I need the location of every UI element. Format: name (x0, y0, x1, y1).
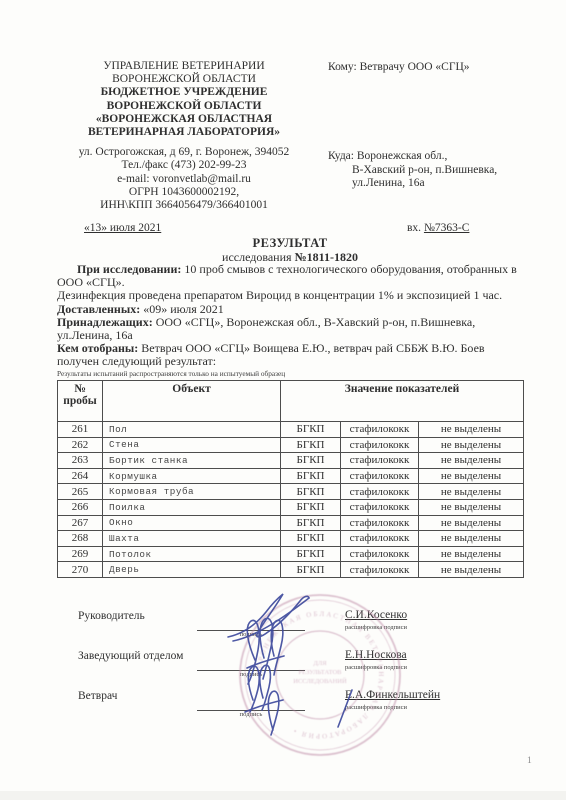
table-row: 270 Дверь БГКП стафилококк не выделены (58, 562, 524, 578)
signature-caption: подпись (197, 631, 305, 638)
org-contact-block: ул. Острогожская, д 69, г. Воронеж, 3940… (58, 146, 310, 212)
object-cell: Кормовая труба (103, 484, 281, 500)
signature-row: Ветврач подпись Е.А.Финкельштейн расшифр… (78, 685, 528, 725)
body-text: При исследовании: 10 проб смывов с техно… (57, 263, 526, 369)
paragraph-study: При исследовании: 10 проб смывов с техно… (57, 263, 526, 289)
header-object: Объект (103, 381, 281, 422)
object-cell: Бортик станка (103, 453, 281, 469)
signature-name: С.И.Косенко (345, 609, 407, 621)
signature-line (197, 605, 305, 631)
signature-decode-caption: расшифровка подписи (345, 704, 407, 711)
table-header-row: № пробы Объект Значение показателей (58, 381, 524, 422)
incoming-value: №7363-С (424, 222, 469, 234)
value-cell: стафилококк (341, 468, 419, 484)
object-cell: Шахта (103, 531, 281, 547)
addressee-where: Куда: Воронежская обл., В-Хавский р-он, … (328, 150, 497, 191)
table-row: 268 Шахта БГКП стафилококк не выделены (58, 531, 524, 547)
org-name-line-bold: ВОРОНЕЖСКОЙ ОБЛАСТИ (58, 100, 310, 113)
table-row: 264 Кормушка БГКП стафилококк не выделен… (58, 468, 524, 484)
paragraph-label: Доставленных: (57, 302, 140, 316)
value-cell: БГКП (281, 422, 341, 438)
incoming-number: вх. №7363-С (407, 222, 469, 234)
table-row: 265 Кормовая труба БГКП стафилококк не в… (58, 484, 524, 500)
org-header-block: УПРАВЛЕНИЕ ВЕТЕРИНАРИИ ВОРОНЕЖСКОЙ ОБЛАС… (58, 60, 310, 212)
value-cell: стафилококк (341, 515, 419, 531)
results-disclaimer: Результаты испытаний распространяются то… (57, 369, 285, 378)
title-block: РЕЗУЛЬТАТ исследования №1811-1820 (57, 236, 523, 264)
object-cell: Потолок (103, 546, 281, 562)
value-cell: стафилококк (341, 484, 419, 500)
addressee-to: Кому: Ветврачу ООО «СГЦ» (328, 61, 470, 73)
signature-row: Руководитель подпись С.И.Косенко расшифр… (78, 605, 528, 645)
sample-number-cell: 263 (58, 453, 103, 469)
value-cell: не выделены (419, 515, 524, 531)
sample-number-cell: 262 (58, 437, 103, 453)
object-cell: Окно (103, 515, 281, 531)
sample-number-cell: 268 (58, 531, 103, 547)
table-row: 262 Стена БГКП стафилококк не выделены (58, 437, 524, 453)
value-cell: БГКП (281, 562, 341, 578)
results-table: № пробы Объект Значение показателей 261 … (57, 380, 524, 578)
table-row: 267 Окно БГКП стафилококк не выделены (58, 515, 524, 531)
header-indicator-values: Значение показателей (281, 381, 524, 422)
sample-number-cell: 269 (58, 546, 103, 562)
signature-area: Руководитель подпись С.И.Косенко расшифр… (78, 605, 528, 725)
paragraph-label: Кем отобраны: (57, 341, 138, 355)
document-date: «13» июля 2021 (84, 222, 161, 234)
value-cell: стафилококк (341, 453, 419, 469)
where-line: Куда: Воронежская обл., (328, 150, 497, 164)
org-ogrn: ОГРН 1043600002192, (58, 186, 310, 199)
object-cell: Стена (103, 437, 281, 453)
header-sample-number: № пробы (58, 381, 103, 422)
paragraph-label: Принадлежащих: (57, 315, 153, 329)
sample-number-cell: 261 (58, 422, 103, 438)
value-cell: не выделены (419, 484, 524, 500)
table-row: 261 Пол БГКП стафилококк не выделены (58, 422, 524, 438)
org-address: ул. Острогожская, д 69, г. Воронеж, 3940… (58, 146, 310, 159)
table-row: 266 Поилка БГКП стафилококк не выделены (58, 499, 524, 515)
signature-line (197, 685, 305, 711)
signature-role: Заведующий отделом (78, 650, 183, 662)
table-row: 263 Бортик станка БГКП стафилококк не вы… (58, 453, 524, 469)
value-cell: не выделены (419, 468, 524, 484)
signature-decode-caption: расшифровка подписи (345, 624, 407, 631)
value-cell: БГКП (281, 546, 341, 562)
org-inn-kpp: ИНН\КПП 3664056479/366401001 (58, 199, 310, 212)
value-cell: не выделены (419, 546, 524, 562)
paragraph-label: При исследовании: (77, 262, 181, 276)
value-cell: БГКП (281, 453, 341, 469)
page-edge-shadow (0, 791, 566, 800)
sample-number-cell: 265 (58, 484, 103, 500)
org-name-line-bold: ВЕТЕРИНАРНАЯ ЛАБОРАТОРИЯ» (58, 126, 310, 139)
page-title: РЕЗУЛЬТАТ (57, 236, 523, 250)
page-number: 1 (527, 756, 532, 766)
results-table-body: 261 Пол БГКП стафилококк не выделены 262… (58, 422, 524, 578)
value-cell: не выделены (419, 453, 524, 469)
signature-role: Ветврач (78, 690, 117, 702)
value-cell: не выделены (419, 437, 524, 453)
object-cell: Кормушка (103, 468, 281, 484)
value-cell: БГКП (281, 468, 341, 484)
org-name-line: ВОРОНЕЖСКОЙ ОБЛАСТИ (58, 73, 310, 86)
value-cell: стафилококк (341, 499, 419, 515)
org-phone: Тел./факс (473) 202-99-23 (58, 159, 310, 172)
value-cell: БГКП (281, 484, 341, 500)
org-email: e-mail: voronvetlab@mail.ru (58, 173, 310, 186)
value-cell: не выделены (419, 422, 524, 438)
signature-line (197, 645, 305, 671)
org-name-line-bold: БЮДЖЕТНОЕ УЧРЕЖДЕНИЕ (58, 86, 310, 99)
value-cell: не выделены (419, 562, 524, 578)
where-line: ул.Ленина, 16а (328, 177, 497, 191)
table-row: 269 Потолок БГКП стафилококк не выделены (58, 546, 524, 562)
paragraph-text: «09» июля 2021 (140, 302, 224, 316)
signature-name: Е.А.Финкельштейн (345, 689, 440, 701)
sample-number-cell: 270 (58, 562, 103, 578)
paragraph-sampled-by: Кем отобраны: Ветврач ООО «СГЦ» Воищева … (57, 342, 526, 368)
signature-decode-caption: расшифровка подписи (345, 664, 407, 671)
signature-row: Заведующий отделом подпись Е.Н.Носкова р… (78, 645, 528, 685)
value-cell: стафилококк (341, 562, 419, 578)
object-cell: Пол (103, 422, 281, 438)
org-name-line-bold: «ВОРОНЕЖСКАЯ ОБЛАСТНАЯ (58, 113, 310, 126)
incoming-label: вх. (407, 222, 424, 234)
value-cell: не выделены (419, 531, 524, 547)
value-cell: БГКП (281, 499, 341, 515)
value-cell: стафилококк (341, 422, 419, 438)
sample-number-cell: 264 (58, 468, 103, 484)
value-cell: не выделены (419, 499, 524, 515)
signature-caption: подпись (197, 711, 305, 718)
signature-caption: подпись (197, 671, 305, 678)
value-cell: БГКП (281, 437, 341, 453)
signature-role: Руководитель (78, 610, 145, 622)
object-cell: Дверь (103, 562, 281, 578)
value-cell: БГКП (281, 515, 341, 531)
where-line: В-Хавский р-он, п.Вишневка, (328, 164, 497, 178)
value-cell: БГКП (281, 531, 341, 547)
value-cell: стафилококк (341, 546, 419, 562)
sample-number-cell: 266 (58, 499, 103, 515)
paragraph-belonging: Принадлежащих: ООО «СГЦ», Воронежская об… (57, 316, 526, 342)
sample-number-cell: 267 (58, 515, 103, 531)
document-page: { "header": { "org": { "lines_regular": … (0, 0, 566, 800)
value-cell: стафилококк (341, 531, 419, 547)
object-cell: Поилка (103, 499, 281, 515)
org-name-line: УПРАВЛЕНИЕ ВЕТЕРИНАРИИ (58, 60, 310, 73)
signature-name: Е.Н.Носкова (345, 649, 407, 661)
value-cell: стафилококк (341, 437, 419, 453)
